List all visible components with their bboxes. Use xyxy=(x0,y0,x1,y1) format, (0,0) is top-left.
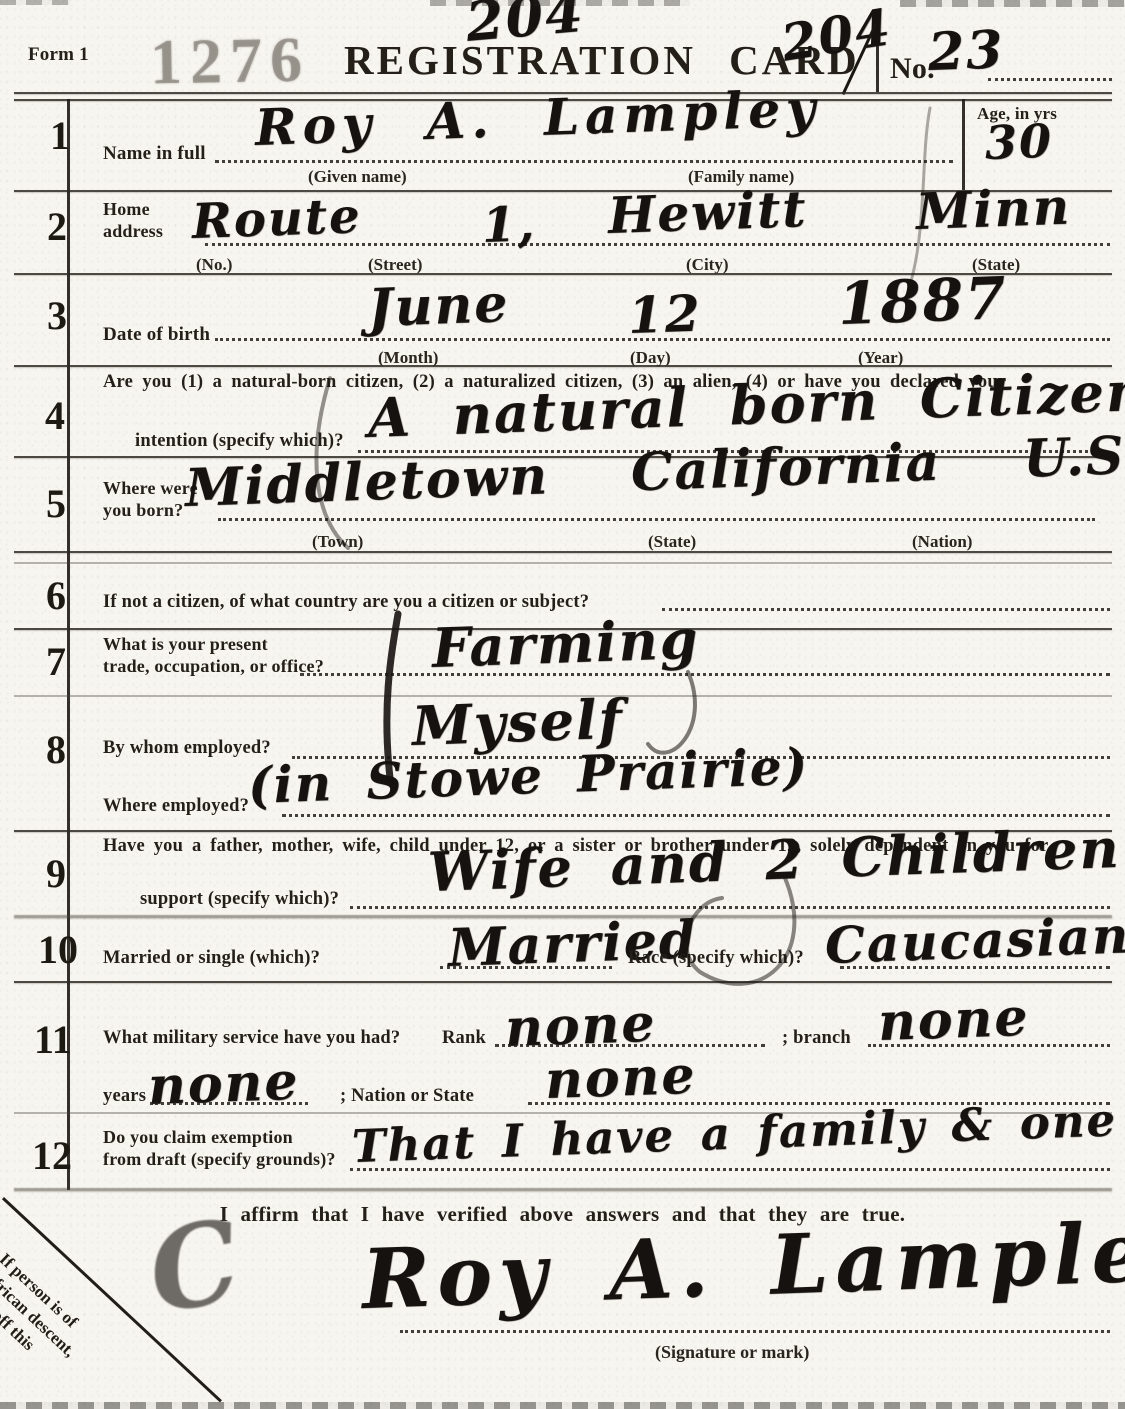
birth-date-label: Date of birth xyxy=(103,324,210,346)
nation-caption: (Nation) xyxy=(912,532,972,552)
years-label: years xyxy=(103,1086,146,1107)
street-caption: (Street) xyxy=(368,255,422,275)
row-9-number: 9 xyxy=(46,850,66,897)
rule-row10 xyxy=(14,981,1112,983)
rule-row5 xyxy=(14,551,1112,553)
signature-caption: (Signature or mark) xyxy=(655,1342,809,1363)
birth-month-value: June xyxy=(367,273,510,339)
row-5-number: 5 xyxy=(46,480,66,527)
rule-row12 xyxy=(14,1188,1112,1191)
row-2-number: 2 xyxy=(47,203,67,250)
rank-label: Rank xyxy=(442,1028,486,1049)
row-1-number: 1 xyxy=(50,112,70,159)
birth-year-value: 1887 xyxy=(837,264,1009,338)
exemption-label-2: from draft (specify grounds)? xyxy=(103,1149,336,1170)
race-value: Caucasian xyxy=(824,905,1125,975)
home-address-label-2: address xyxy=(103,221,163,242)
married-dotted-line xyxy=(440,966,612,969)
years-value: none xyxy=(147,1051,300,1117)
age-box-line xyxy=(962,99,965,190)
trade-value: Farming xyxy=(431,607,701,680)
employed-where-value: (in Stowe Prairie) xyxy=(247,736,810,815)
employed-where-label: Where employed? xyxy=(103,796,249,817)
signature-dotted-line xyxy=(400,1330,1110,1333)
name-value: Roy A. Lampley xyxy=(254,78,822,157)
trade-dotted-line xyxy=(300,673,1110,676)
address-city-value: Hewitt xyxy=(607,179,808,245)
address-no-value: Route xyxy=(191,188,362,250)
branch-dotted-line xyxy=(868,1044,1110,1047)
row-7-number: 7 xyxy=(46,638,66,685)
married-label: Married or single (which)? xyxy=(103,948,320,969)
dependent-question-line-2: support (specify which)? xyxy=(140,889,339,910)
stamp-number: 1276 xyxy=(149,23,310,100)
scan-edge-top-center xyxy=(430,0,690,6)
race-dotted-line xyxy=(840,966,1110,969)
born-state-caption: (State) xyxy=(648,532,696,552)
header-divider-line xyxy=(876,46,879,92)
given-name-caption: (Given name) xyxy=(308,167,407,187)
row-8-number: 8 xyxy=(46,726,66,773)
rule-row5-faint xyxy=(14,562,1112,564)
subject-question: If not a citizen, of what country are yo… xyxy=(103,592,589,613)
dependent-dotted-line xyxy=(350,906,1110,909)
address-state-value: Minn xyxy=(915,177,1072,241)
card-no-dotted-line xyxy=(988,78,1112,81)
branch-label: ; branch xyxy=(782,1028,851,1049)
card-no-value: 23 xyxy=(927,19,1005,83)
trade-label-2: trade, occupation, or office? xyxy=(103,656,324,677)
address-street-value: 1, xyxy=(481,196,537,254)
home-address-label-1: Home xyxy=(103,199,150,220)
row-6-number: 6 xyxy=(46,572,66,619)
born-label-2: you born? xyxy=(103,500,183,521)
row-4-number: 4 xyxy=(45,392,65,439)
name-dotted-line xyxy=(215,160,953,163)
scan-edge-top-left xyxy=(0,0,70,5)
row-10-number: 10 xyxy=(38,926,78,973)
years-dotted-line xyxy=(150,1102,308,1105)
citizen-question-line-2: intention (specify which)? xyxy=(135,431,344,452)
form-label: Form 1 xyxy=(28,44,89,66)
nation-state-label: ; Nation or State xyxy=(340,1086,474,1107)
row-12-number: 12 xyxy=(32,1132,72,1179)
no-caption: (No.) xyxy=(196,255,232,275)
employed-by-label: By whom employed? xyxy=(103,738,271,759)
town-caption: (Town) xyxy=(312,532,363,552)
scan-edge-bottom xyxy=(0,1402,1125,1409)
born-dotted-line xyxy=(218,518,1095,521)
employed-where-dotted-line xyxy=(282,814,1110,817)
row-11-number: 11 xyxy=(34,1016,72,1063)
born-label-1: Where were xyxy=(103,478,198,499)
exemption-label-1: Do you claim exemption xyxy=(103,1127,293,1148)
row-3-number: 3 xyxy=(47,292,67,339)
city-caption: (City) xyxy=(686,255,728,275)
military-service-label: What military service have you had? xyxy=(103,1028,400,1049)
registration-card: Form 1 1276 REGISTRATION CARD 204 204 No… xyxy=(0,0,1125,1409)
trade-label-1: What is your present xyxy=(103,634,268,655)
name-label: Name in full xyxy=(103,143,206,165)
scan-edge-top-right xyxy=(900,0,1125,7)
subject-dotted-line xyxy=(662,608,1110,611)
race-label: Race (specify which)? xyxy=(628,948,804,969)
birth-day-value: 12 xyxy=(627,283,703,345)
age-value: 30 xyxy=(984,114,1054,170)
